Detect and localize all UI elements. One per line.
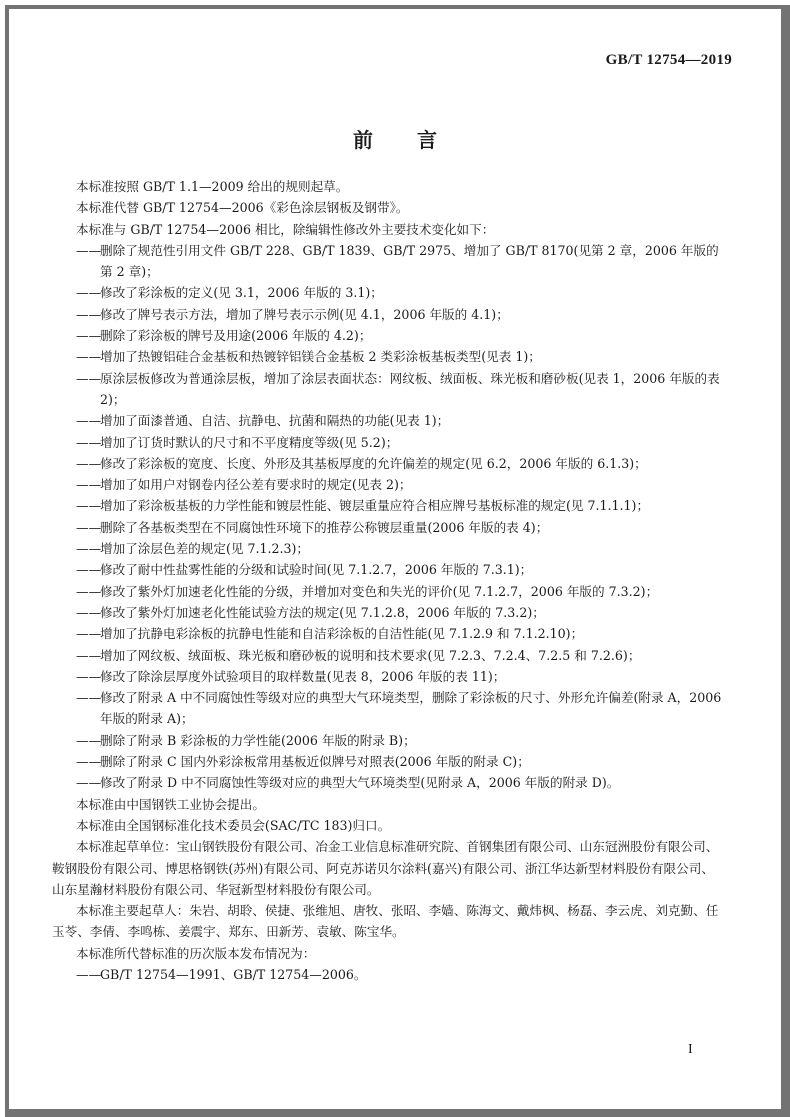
change-item: ——增加了热镀铝硅合金基板和热镀锌铝镁合金基板 2 类彩涂板基板类型(见表 1)… [76, 346, 726, 367]
change-item: ——删除了各基板类型在不同腐蚀性环境下的推荐公称镀层重量(2006 年版的表 4… [76, 517, 726, 538]
change-item: ——修改了彩涂板的定义(见 3.1，2006 年版的 3.1)； [76, 282, 726, 303]
change-item: ——修改了附录 A 中不同腐蚀性等级对应的典型大气环境类型，删除了彩涂板的尺寸、… [76, 687, 726, 730]
history-intro-paragraph: 本标准所代替标准的历次版本发布情况为： [76, 943, 726, 964]
change-item: ——增加了彩涂板基板的力学性能和镀层性能、镀层重量应符合相应牌号基板标准的规定(… [76, 495, 726, 516]
change-item: ——修改了紫外灯加速老化性能的分级，并增加对变色和失光的评价(见 7.1.2.7… [76, 581, 726, 602]
main-drafters-paragraph: 本标准主要起草人：朱岩、胡聆、侯捷、张维旭、唐牧、张昭、李嫱、陈海文、戴炜枫、杨… [52, 900, 726, 943]
drafting-units-paragraph: 本标准起草单位：宝山钢铁股份有限公司、冶金工业信息标准研究院、首钢集团有限公司、… [52, 836, 726, 900]
change-item: ——删除了附录 C 国内外彩涂板常用基板近似牌号对照表(2006 年版的附录 C… [76, 751, 726, 772]
page-frame-left [5, 5, 9, 1117]
page-number: I [688, 1042, 693, 1058]
change-item: ——删除了彩涂板的牌号及用途(2006 年版的 4.2)； [76, 325, 726, 346]
changes-list: ——删除了规范性引用文件 GB/T 228、GB/T 1839、GB/T 297… [76, 240, 726, 794]
change-item: ——修改了除涂层厚度外试验项目的取样数量(见表 8，2006 年版的表 11)； [76, 666, 726, 687]
page-frame-top [5, 5, 790, 9]
page-title: 前言 [0, 124, 790, 153]
managed-by-paragraph: 本标准由全国钢标准化技术委员会(SAC/TC 183)归口。 [76, 815, 726, 836]
title-char-1: 前 [353, 124, 373, 153]
page-frame-bottom [5, 1109, 790, 1117]
change-item: ——增加了涂层色差的规定(见 7.1.2.3)； [76, 538, 726, 559]
change-item: ——删除了规范性引用文件 GB/T 228、GB/T 1839、GB/T 297… [76, 240, 726, 283]
title-char-2: 言 [417, 124, 437, 153]
change-item: ——修改了耐中性盐雾性能的分级和试验时间(见 7.1.2.7，2006 年版的 … [76, 559, 726, 580]
change-item: ——修改了彩涂板的宽度、长度、外形及其基板厚度的允许偏差的规定(见 6.2，20… [76, 453, 726, 474]
change-item: ——删除了附录 B 彩涂板的力学性能(2006 年版的附录 B)； [76, 730, 726, 751]
change-item: ——增加了抗静电彩涂板的抗静电性能和自洁彩涂板的自洁性能(见 7.1.2.9 和… [76, 623, 726, 644]
intro-paragraph: 本标准与 GB/T 12754—2006 相比，除编辑性修改外主要技术变化如下： [76, 219, 726, 240]
intro-paragraph: 本标准按照 GB/T 1.1—2009 给出的规则起草。 [76, 176, 726, 197]
change-item: ——修改了牌号表示方法，增加了牌号表示示例(见 4.1，2006 年版的 4.1… [76, 304, 726, 325]
change-item: ——增加了订货时默认的尺寸和不平度精度等级(见 5.2)； [76, 432, 726, 453]
intro-paragraph: 本标准代替 GB/T 12754—2006《彩色涂层钢板及钢带》。 [76, 197, 726, 218]
history-versions-item: ——GB/T 12754—1991、GB/T 12754—2006。 [76, 964, 726, 985]
foreword-body: 本标准按照 GB/T 1.1—2009 给出的规则起草。 本标准代替 GB/T … [76, 176, 726, 985]
standard-number: GB/T 12754—2019 [606, 52, 732, 69]
page-frame-right [781, 5, 790, 1117]
change-item: ——增加了如用户对钢卷内径公差有要求时的规定(见表 2)； [76, 474, 726, 495]
change-item: ——修改了附录 D 中不同腐蚀性等级对应的典型大气环境类型(见附录 A，2006… [76, 772, 726, 793]
change-item: ——增加了面漆普通、自洁、抗静电、抗菌和隔热的功能(见表 1)； [76, 410, 726, 431]
change-item: ——原涂层板修改为普通涂层板，增加了涂层表面状态：网纹板、绒面板、珠光板和磨砂板… [76, 368, 726, 411]
proposed-by-paragraph: 本标准由中国钢铁工业协会提出。 [76, 794, 726, 815]
change-item: ——增加了网纹板、绒面板、珠光板和磨砂板的说明和技术要求(见 7.2.3、7.2… [76, 645, 726, 666]
change-item: ——修改了紫外灯加速老化性能试验方法的规定(见 7.1.2.8，2006 年版的… [76, 602, 726, 623]
